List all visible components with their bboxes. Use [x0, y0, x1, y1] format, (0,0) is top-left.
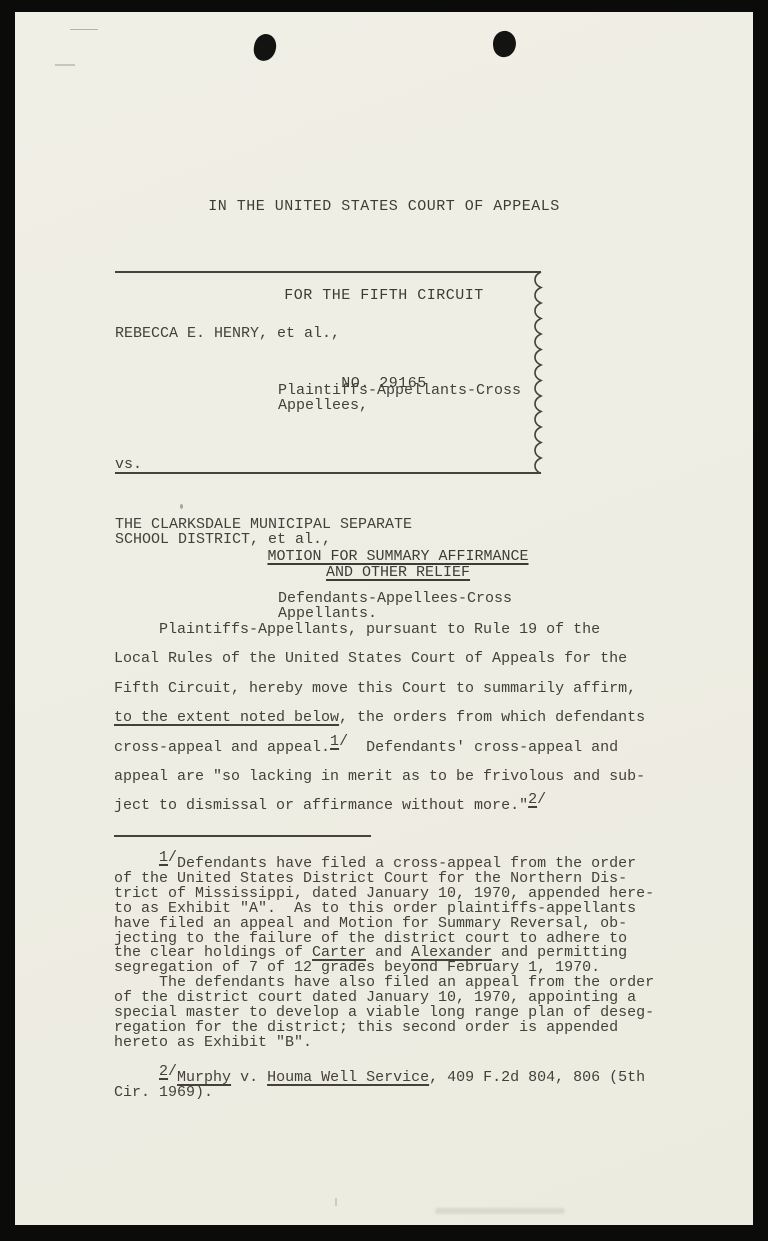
text-line: THE CLARKSDALE MUNICIPAL SEPARATE	[115, 517, 541, 532]
footnote-separator	[114, 835, 371, 837]
scan-background: IN THE UNITED STATES COURT OF APPEALS FO…	[0, 0, 768, 1241]
text-line: Appellees,	[278, 398, 541, 413]
motion-body-paragraph: Plaintiffs-Appellants, pursuant to Rule …	[114, 615, 714, 821]
punch-hole-right	[492, 30, 518, 58]
text-line: Defendants-Appellees-Cross	[278, 591, 541, 606]
text-line: Plaintiffs-Appellants, pursuant to Rule …	[114, 615, 714, 644]
text-line: hereto as Exhibit "B".	[114, 1036, 734, 1051]
text-line: Fifth Circuit, hereby move this Court to…	[114, 674, 714, 703]
text-line: SCHOOL DISTRICT, et al.,	[115, 532, 541, 547]
text-line: cross-appeal and appeal.1/ Defendants' c…	[114, 733, 714, 762]
text-line: appeal are "so lacking in merit as to be…	[114, 762, 714, 791]
document-page: IN THE UNITED STATES COURT OF APPEALS FO…	[15, 12, 753, 1225]
case-caption: REBECCA E. HENRY, et al., Plaintiffs-App…	[115, 271, 541, 474]
scan-artifact	[70, 29, 98, 30]
text-line: ject to dismissal or affirmance without …	[114, 791, 714, 820]
text-line: Cir. 1969).	[114, 1086, 734, 1101]
caption-right-brace-icon	[532, 271, 548, 474]
text-line: to the extent noted below, the orders fr…	[114, 703, 714, 732]
scan-artifact	[335, 1198, 337, 1206]
text-line: Local Rules of the United States Court o…	[114, 644, 714, 673]
motion-title-line1: MOTION FOR SUMMARY AFFIRMANCE	[267, 548, 528, 565]
versus-label: vs.	[115, 457, 541, 472]
plaintiff-name: REBECCA E. HENRY, et al.,	[115, 326, 541, 341]
court-name: IN THE UNITED STATES COURT OF APPEALS	[15, 192, 753, 222]
scan-artifact	[180, 504, 183, 509]
plaintiff-designation: Plaintiffs-Appellants-CrossAppellees,	[278, 383, 541, 413]
scan-smudge	[435, 1208, 565, 1214]
footnote-1: 1/Defendants have filed a cross-appeal f…	[114, 857, 734, 1051]
punch-hole-left	[252, 33, 278, 63]
defendant-name: THE CLARKSDALE MUNICIPAL SEPARATESCHOOL …	[115, 517, 541, 547]
motion-title-line2: AND OTHER RELIEF	[326, 564, 470, 581]
footnote-2: 2/Murphy v. Houma Well Service, 409 F.2d…	[114, 1071, 734, 1101]
motion-title: MOTION FOR SUMMARY AFFIRMANCE AND OTHER …	[114, 549, 682, 581]
text-line: Plaintiffs-Appellants-Cross	[278, 383, 541, 398]
scan-artifact	[55, 64, 75, 66]
